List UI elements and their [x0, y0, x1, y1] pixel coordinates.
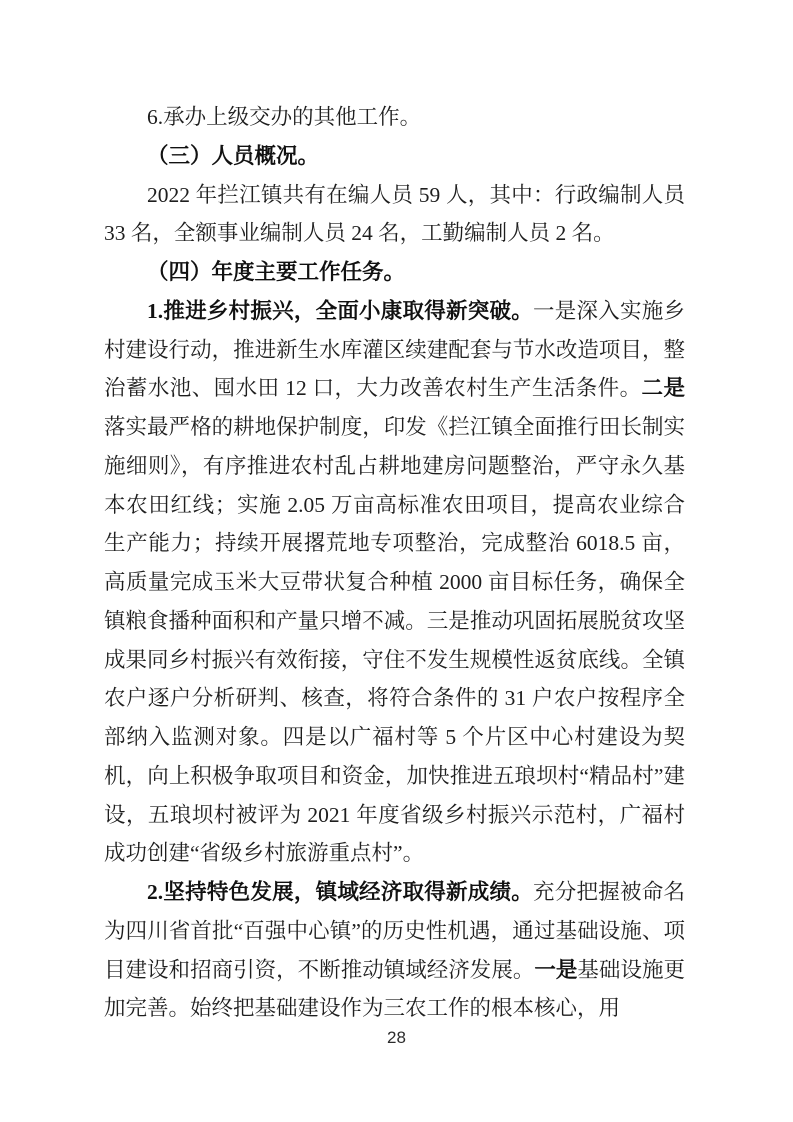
- paragraph-personnel-stats: 2022 年拦江镇共有在编人员 59 人，其中：行政编制人员 33 名，全额事业…: [104, 176, 685, 254]
- text-run: 2022 年拦江镇共有在编人员 59 人，其中：行政编制人员 33 名，全额事业…: [104, 183, 685, 246]
- paragraph-task-2-town-economy: 2.坚持特色发展，镇域经济取得新成绩。充分把握被命名为四川省首批“百强中心镇”的…: [104, 873, 685, 1028]
- emphasis-run: 一是: [534, 958, 577, 982]
- heading-run: （四）年度主要工作任务。: [147, 260, 405, 284]
- paragraph-other-work: 6.承办上级交办的其他工作。: [104, 98, 685, 137]
- emphasis-run: 二是: [642, 376, 685, 400]
- task-title-run: 2.坚持特色发展，镇域经济取得新成绩。: [147, 880, 533, 904]
- text-run: 6.承办上级交办的其他工作。: [147, 105, 421, 129]
- text-run: 落实最严格的耕地保护制度，印发《拦江镇全面推行田长制实施细则》，有序推进农村乱占…: [104, 415, 685, 865]
- heading-annual-tasks: （四）年度主要工作任务。: [104, 253, 685, 292]
- page-number: 28: [0, 1028, 793, 1048]
- heading-personnel-overview: （三）人员概况。: [104, 137, 685, 176]
- document-page: 6.承办上级交办的其他工作。 （三）人员概况。 2022 年拦江镇共有在编人员 …: [0, 0, 793, 1122]
- paragraph-task-1-rural-revitalization: 1.推进乡村振兴，全面小康取得新突破。一是深入实施乡村建设行动，推进新生水库灌区…: [104, 292, 685, 873]
- heading-run: （三）人员概况。: [147, 144, 319, 168]
- document-body: 6.承办上级交办的其他工作。 （三）人员概况。 2022 年拦江镇共有在编人员 …: [104, 98, 685, 1028]
- task-title-run: 1.推进乡村振兴，全面小康取得新突破。: [147, 299, 533, 323]
